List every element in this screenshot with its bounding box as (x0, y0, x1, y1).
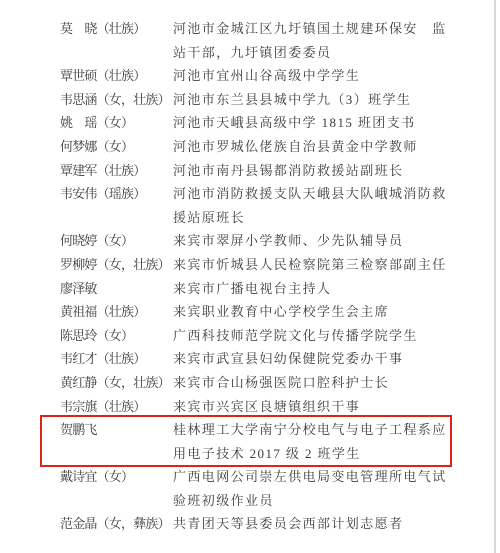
entry-name: 罗柳婷（女，壮族） (60, 253, 173, 277)
entry-desc-line: 援站原班长 (173, 206, 460, 230)
entry-desc: 广西科技师范学院文化与传播学院学生 (173, 324, 460, 348)
entry-name: 韦思涵（女，壮族） (60, 88, 173, 112)
entry-desc: 河池市消防救援支队天峨县大队峨城消防救 援站原班长 (173, 182, 460, 229)
document-page: 莫 晓（壮族） 河池市金城江区九圩镇国土规建环保安 监 站干部，九圩镇团委委员 … (0, 0, 500, 553)
entry-row: 覃世硕（壮族） 河池市宜州山谷高级中学学生 (60, 64, 460, 88)
entry-desc-line: 河池市东兰县县城中学九（3）班学生 (173, 88, 460, 112)
entry-desc-line: 广西电网公司崇左供电局变电管理所电气试 (173, 465, 460, 489)
entry-desc-line: 来宾市忻城县人民检察院第三检察部副主任 (173, 253, 460, 277)
entry-desc: 来宾职业教育中心学校学生会主席 (173, 300, 460, 324)
entry-desc: 河池市宜州山谷高级中学学生 (173, 64, 460, 88)
entry-name: 覃世硕（壮族） (60, 64, 173, 88)
entry-name: 黄红静（女，壮族） (60, 371, 173, 395)
entry-desc-line: 河池市天峨县高级中学 1815 班团支书 (173, 111, 460, 135)
entry-desc: 来宾市广播电视台主持人 (173, 277, 460, 301)
entry-desc-line: 共青团天等县委员会西部计划志愿者 (173, 512, 460, 536)
entry-desc-line: 河池市消防救援支队天峨县大队峨城消防救 (173, 182, 460, 206)
entry-desc-line: 验班初级作业员 (173, 489, 460, 513)
entry-name: 廖泽敏 (60, 277, 173, 301)
entry-desc: 河池市天峨县高级中学 1815 班团支书 (173, 111, 460, 135)
entry-row: 陈思玲（女） 广西科技师范学院文化与传播学院学生 (60, 324, 460, 348)
entry-desc-line: 来宾市合山杨强医院口腔科护士长 (173, 371, 460, 395)
entry-desc: 广西电网公司崇左供电局变电管理所电气试 验班初级作业员 (173, 465, 460, 512)
entry-row: 韦思涵（女，壮族） 河池市东兰县县城中学九（3）班学生 (60, 88, 460, 112)
entry-desc: 河池市南丹县锡都消防救援站副班长 (173, 159, 460, 183)
entry-name: 陈思玲（女） (60, 324, 173, 348)
entry-row: 戴诗宜（女） 广西电网公司崇左供电局变电管理所电气试 验班初级作业员 (60, 465, 460, 512)
entry-name: 黄祖福（壮族） (60, 300, 173, 324)
entry-row: 廖泽敏 来宾市广播电视台主持人 (60, 277, 460, 301)
page-edge-line (494, 0, 496, 553)
entry-row: 范金晶（女，彝族） 共青团天等县委员会西部计划志愿者 (60, 512, 460, 536)
entry-desc-line: 河池市金城江区九圩镇国土规建环保安 监 (173, 17, 460, 41)
entry-name: 范金晶（女，彝族） (60, 512, 173, 536)
entry-row: 黄红静（女，壮族） 来宾市合山杨强医院口腔科护士长 (60, 371, 460, 395)
entry-row: 韦红才（壮族） 来宾市武宣县妇幼保健院党委办干事 (60, 347, 460, 371)
entry-desc: 来宾市合山杨强医院口腔科护士长 (173, 371, 460, 395)
entry-desc-line: 河池市南丹县锡都消防救援站副班长 (173, 159, 460, 183)
entry-name: 戴诗宜（女） (60, 465, 173, 489)
entry-desc-line: 来宾市广播电视台主持人 (173, 277, 460, 301)
entry-desc-line: 来宾市翠屏小学教师、少先队辅导员 (173, 229, 460, 253)
entry-desc: 来宾市忻城县人民检察院第三检察部副主任 (173, 253, 460, 277)
entry-row: 覃建军（壮族） 河池市南丹县锡都消防救援站副班长 (60, 159, 460, 183)
entry-desc: 河池市东兰县县城中学九（3）班学生 (173, 88, 460, 112)
entry-desc-line: 来宾职业教育中心学校学生会主席 (173, 300, 460, 324)
entry-row: 黄祖福（壮族） 来宾职业教育中心学校学生会主席 (60, 300, 460, 324)
entry-desc-line: 站干部，九圩镇团委委员 (173, 41, 460, 65)
entry-row: 韦安伟（瑶族） 河池市消防救援支队天峨县大队峨城消防救 援站原班长 (60, 182, 460, 229)
red-highlight-box (40, 415, 452, 467)
entry-desc-line: 河池市罗城仫佬族自治县黄金中学教师 (173, 135, 460, 159)
entry-desc: 河池市罗城仫佬族自治县黄金中学教师 (173, 135, 460, 159)
entry-name: 韦红才（壮族） (60, 347, 173, 371)
entry-desc: 来宾市翠屏小学教师、少先队辅导员 (173, 229, 460, 253)
entry-name: 何晓婷（女） (60, 229, 173, 253)
entry-desc-line: 广西科技师范学院文化与传播学院学生 (173, 324, 460, 348)
entry-row: 何梦娜（女） 河池市罗城仫佬族自治县黄金中学教师 (60, 135, 460, 159)
entry-row: 莫 晓（壮族） 河池市金城江区九圩镇国土规建环保安 监 站干部，九圩镇团委委员 (60, 17, 460, 64)
entry-desc: 共青团天等县委员会西部计划志愿者 (173, 512, 460, 536)
entry-desc-line: 来宾市武宣县妇幼保健院党委办干事 (173, 347, 460, 371)
entry-name: 莫 晓（壮族） (60, 17, 173, 41)
entry-name: 姚 瑶（女） (60, 111, 173, 135)
entry-desc: 来宾市武宣县妇幼保健院党委办干事 (173, 347, 460, 371)
entry-name: 何梦娜（女） (60, 135, 173, 159)
entry-name: 覃建军（壮族） (60, 159, 173, 183)
entry-row: 何晓婷（女） 来宾市翠屏小学教师、少先队辅导员 (60, 229, 460, 253)
entry-desc-line: 河池市宜州山谷高级中学学生 (173, 64, 460, 88)
entry-desc: 河池市金城江区九圩镇国土规建环保安 监 站干部，九圩镇团委委员 (173, 17, 460, 64)
entry-row: 姚 瑶（女） 河池市天峨县高级中学 1815 班团支书 (60, 111, 460, 135)
entry-name: 韦安伟（瑶族） (60, 182, 173, 206)
entry-row: 罗柳婷（女，壮族） 来宾市忻城县人民检察院第三检察部副主任 (60, 253, 460, 277)
